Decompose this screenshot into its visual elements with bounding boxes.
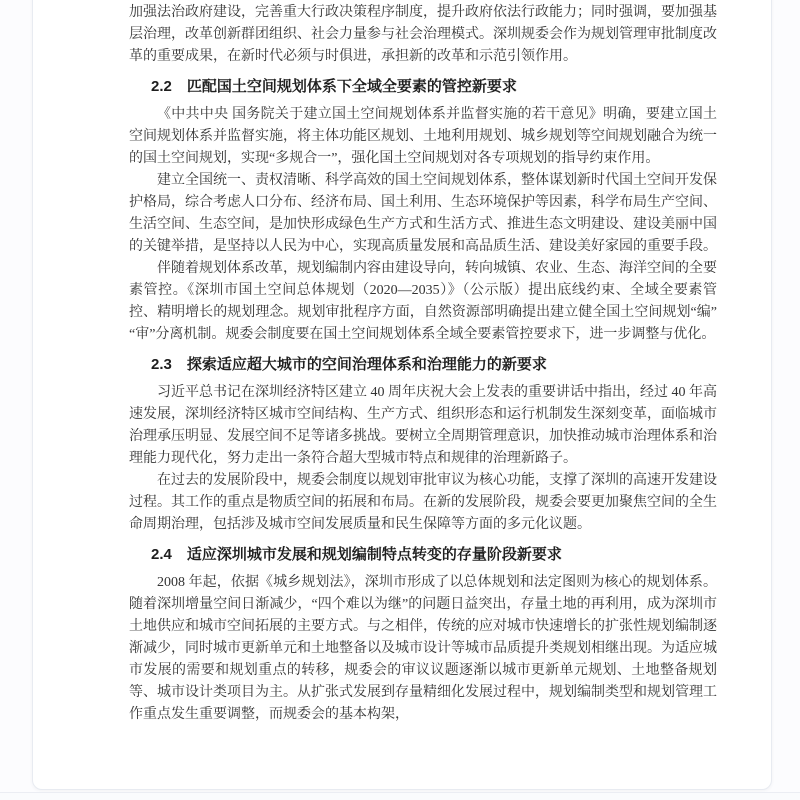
paragraph: 习近平总书记在深圳经济特区建立 40 周年庆祝大会上发表的重要讲话中指出，经过 … xyxy=(129,382,717,470)
document-content: 环境，允许深圳立足改革创新实践需要，根据授权对法律、行政法规、地方性法规作变通规… xyxy=(129,0,717,726)
paragraph-continuation: 环境，允许深圳立足改革创新实践需要，根据授权对法律、行政法规、地方性法规作变通规… xyxy=(129,0,717,68)
paragraph: 2008 年起，依据《城乡规划法》，深圳市形成了以总体规划和法定图则为核心的规划… xyxy=(129,572,717,726)
section-title: 探索适应超大城市的空间治理体系和治理能力的新要求 xyxy=(187,356,547,373)
section-heading-2.2: 2.2匹配国土空间规划体系下全域全要素的管控新要求 xyxy=(129,76,717,98)
section-number: 2.4 xyxy=(151,544,172,566)
section-heading-2.3: 2.3探索适应超大城市的空间治理体系和治理能力的新要求 xyxy=(129,354,717,376)
section-title: 适应深圳城市发展和规划编制特点转变的存量阶段新要求 xyxy=(187,546,562,563)
viewer-bottom-edge xyxy=(0,792,800,800)
section-title: 匹配国土空间规划体系下全域全要素的管控新要求 xyxy=(187,78,517,95)
section-number: 2.2 xyxy=(151,76,172,98)
paragraph: 在过去的发展阶段中，规委会制度以规划审批审议为核心功能，支撑了深圳的高速开发建设… xyxy=(129,470,717,536)
document-page: 环境，允许深圳立足改革创新实践需要，根据授权对法律、行政法规、地方性法规作变通规… xyxy=(32,0,772,790)
paragraph: 《中共中央 国务院关于建立国土空间规划体系并监督实施的若干意见》明确，要建立国土… xyxy=(129,104,717,170)
paragraph: 建立全国统一、责权清晰、科学高效的国土空间规划体系，整体谋划新时代国土空间开发保… xyxy=(129,170,717,258)
paragraph: 伴随着规划体系改革，规划编制内容由建设导向，转向城镇、农业、生态、海洋空间的全要… xyxy=(129,258,717,346)
section-heading-2.4: 2.4适应深圳城市发展和规划编制特点转变的存量阶段新要求 xyxy=(129,544,717,566)
section-number: 2.3 xyxy=(151,354,172,376)
